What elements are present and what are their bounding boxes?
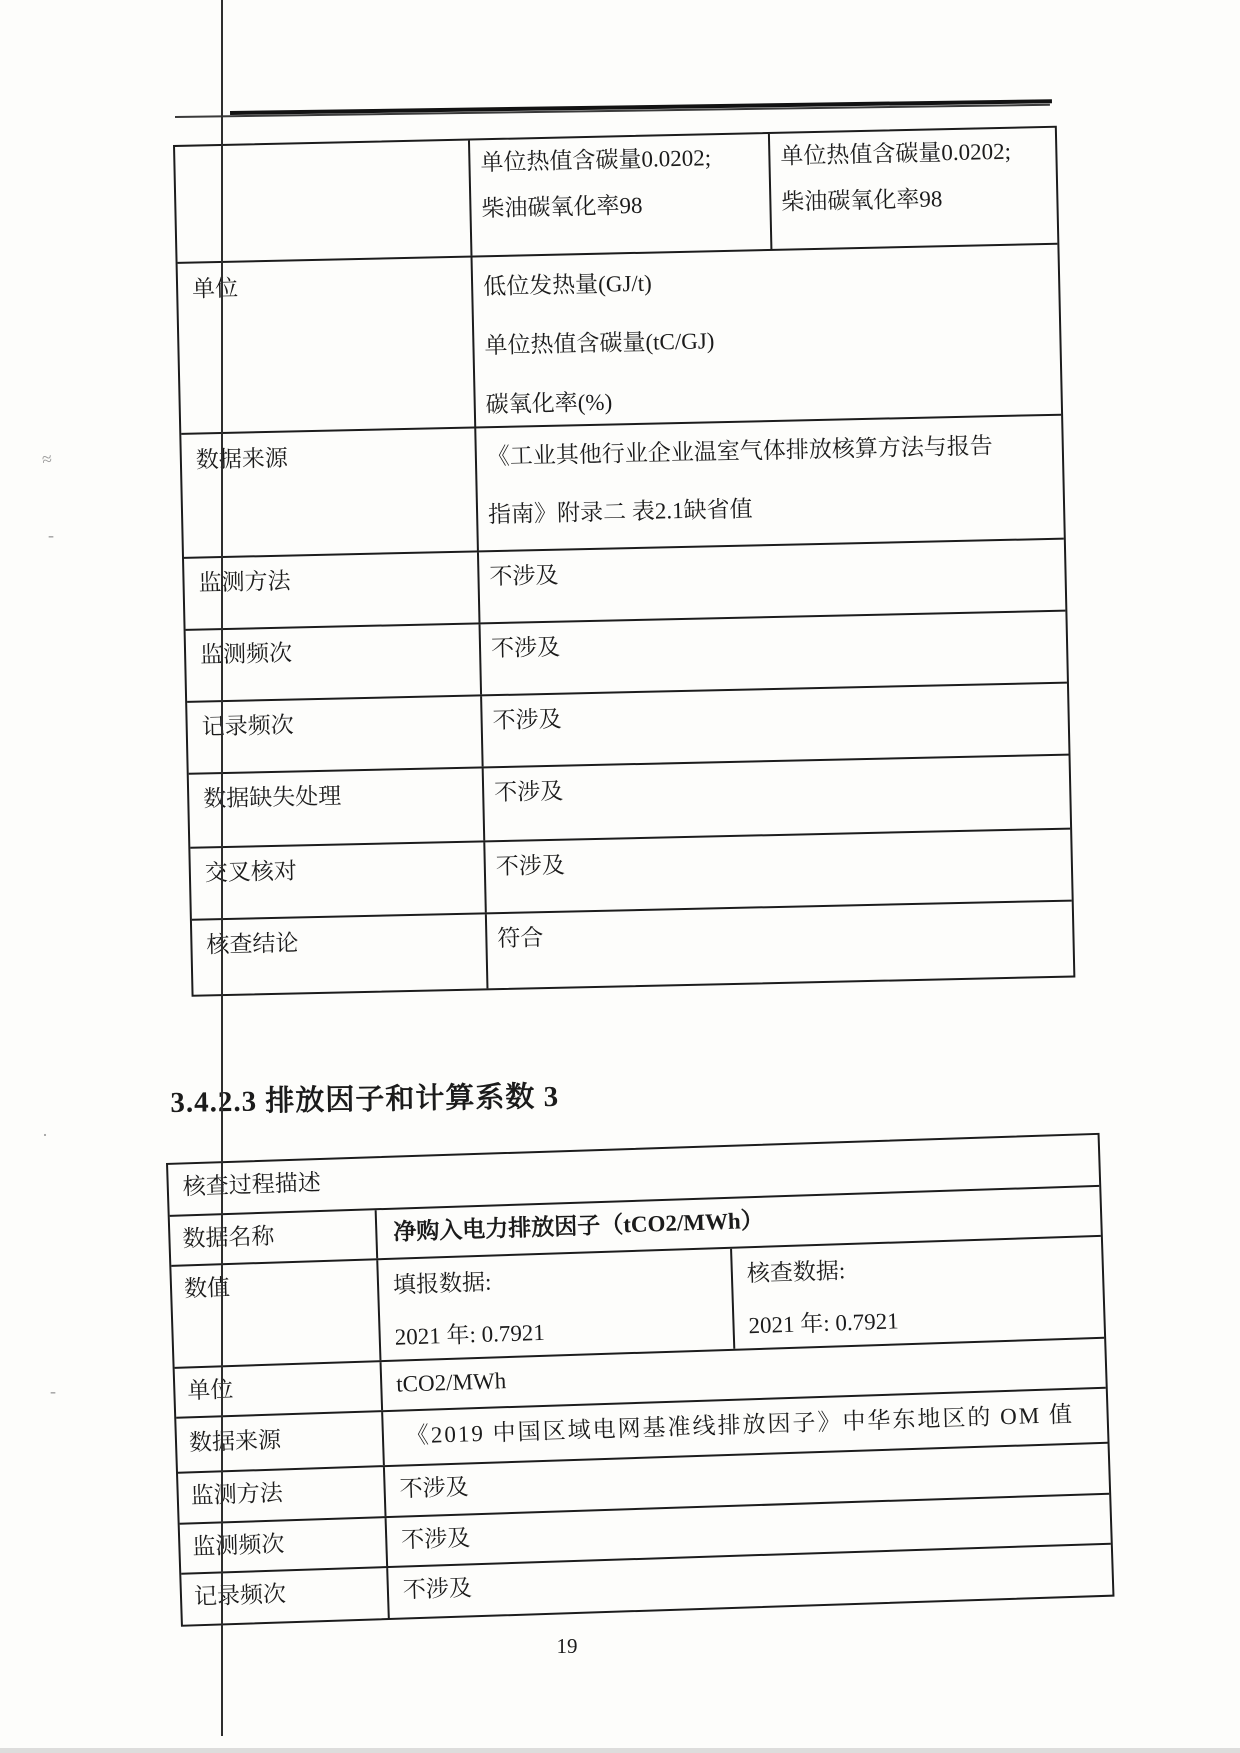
- cell-value: 不涉及: [482, 684, 1068, 767]
- scan-smudge: ·: [42, 1126, 48, 1144]
- cell-label: 数据缺失处理: [189, 768, 486, 846]
- scan-smudge: ≈: [41, 449, 53, 468]
- cell-label: 数值: [171, 1260, 381, 1367]
- verification-table-continued: 单位热值含碳量0.0202; 柴油碳氧化率98 单位热值含碳量0.0202; 柴…: [173, 126, 1075, 997]
- cell-value: 不涉及: [481, 612, 1067, 695]
- cell-value: 不涉及: [485, 830, 1071, 913]
- coeff-line: 柴油碳氧化率98: [481, 180, 770, 232]
- coeff-line: 单位热值含碳量0.0202;: [480, 134, 769, 186]
- cell-label: 监测频次: [180, 1518, 388, 1573]
- cell-reported-coeff: 单位热值含碳量0.0202; 柴油碳氧化率98: [470, 134, 772, 256]
- cell-label: 交叉核对: [190, 842, 486, 918]
- cell-value: 不涉及: [484, 756, 1070, 841]
- cell-label: 单位: [175, 1362, 383, 1417]
- coeff-line: 单位热值含碳量0.0202;: [780, 128, 1056, 180]
- scan-smudge: -: [48, 526, 54, 544]
- cell-label: 监测频次: [186, 624, 482, 700]
- cell-value: 符合: [487, 902, 1073, 989]
- page-fold-line: [221, 0, 223, 1736]
- cell-label: 监测方法: [178, 1467, 386, 1523]
- cell-value: 不涉及: [479, 540, 1065, 623]
- cell-verified-value: 核查数据: 2021 年: 0.7921: [732, 1237, 1104, 1349]
- reported-line: 2021 年: 0.7921: [394, 1301, 734, 1360]
- table-row-carryover: 单位热值含碳量0.0202; 柴油碳氧化率98 单位热值含碳量0.0202; 柴…: [175, 128, 1057, 264]
- cell-value: 《工业其他行业企业温室气体排放核算方法与报告 指南》附录二 表2.1缺省值: [476, 416, 1064, 551]
- cell-label: 记录频次: [181, 1568, 390, 1625]
- cell-label: 记录频次: [187, 696, 483, 772]
- cell-label: 数据名称: [170, 1210, 378, 1265]
- coeff-line: 柴油碳氧化率98: [781, 174, 1057, 226]
- scanned-document-page: 单位热值含碳量0.0202; 柴油碳氧化率98 单位热值含碳量0.0202; 柴…: [0, 0, 1240, 1753]
- scan-bottom-edge: [0, 1748, 1240, 1753]
- cell-value: 低位发热量(GJ/t) 单位热值含碳量(tC/GJ) 碳氧化率(%): [473, 245, 1062, 427]
- page-number: 19: [545, 1634, 589, 1659]
- cell-reported-value: 填报数据: 2021 年: 0.7921: [378, 1249, 735, 1360]
- cell-label: 数据来源: [181, 428, 479, 556]
- section-heading: 3.4.2.3 排放因子和计算系数 3: [170, 1074, 559, 1121]
- cell-label: 监测方法: [184, 552, 480, 628]
- cell-label-empty: [175, 141, 472, 262]
- cell-label: 数据来源: [176, 1412, 385, 1472]
- verification-table-factor-3: 核查过程描述 数据名称 净购入电力排放因子（tCO2/MWh） 数值 填报数据:…: [166, 1133, 1114, 1627]
- source-line: 指南》附录二 表2.1缺省值: [488, 474, 1064, 545]
- table-row-data-source: 数据来源 《工业其他行业企业温室气体排放核算方法与报告 指南》附录二 表2.1缺…: [181, 416, 1063, 559]
- scan-smudge: -: [50, 1382, 56, 1400]
- cell-verified-coeff: 单位热值含碳量0.0202; 柴油碳氧化率98: [770, 128, 1057, 249]
- table-row-unit: 单位 低位发热量(GJ/t) 单位热值含碳量(tC/GJ) 碳氧化率(%): [178, 245, 1062, 435]
- cell-label: 核查结论: [192, 914, 489, 994]
